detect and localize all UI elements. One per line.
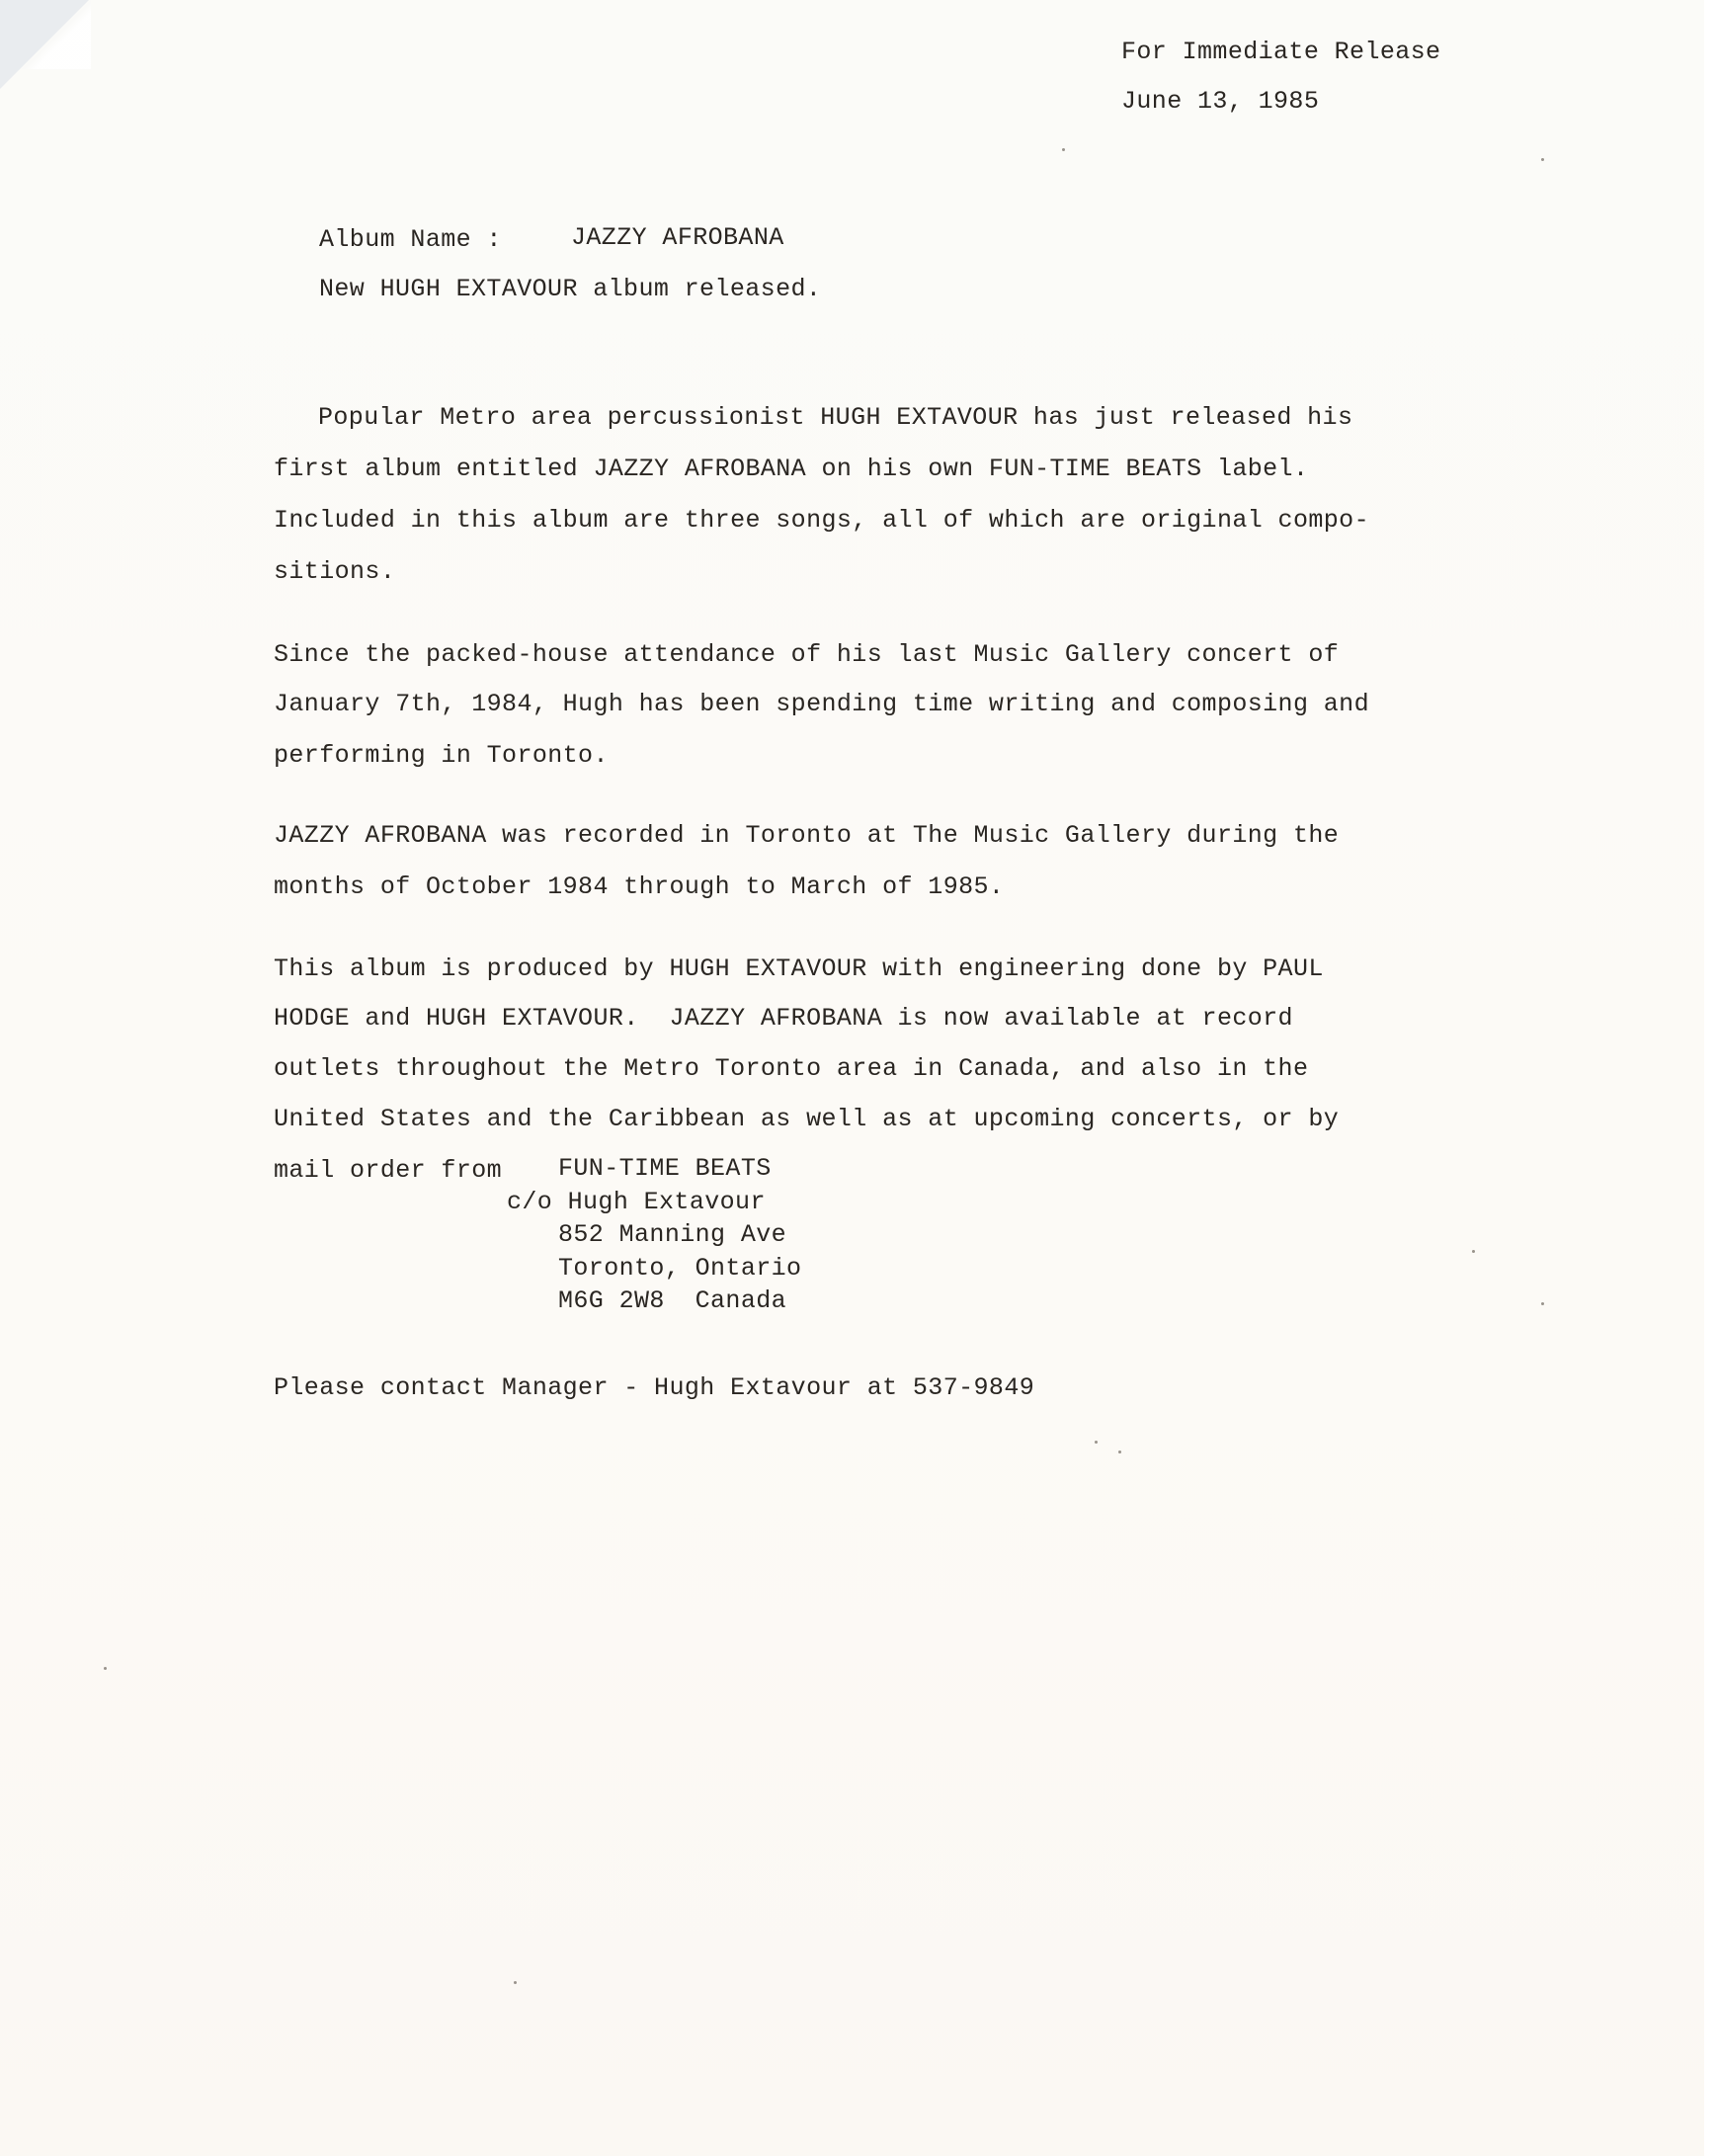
- paragraph-line: months of October 1984 through to March …: [274, 874, 1004, 899]
- paragraph-line: Popular Metro area percussionist HUGH EX…: [318, 405, 1352, 430]
- paper-speck: [1118, 1451, 1121, 1453]
- contact-line: Please contact Manager - Hugh Extavour a…: [274, 1375, 1034, 1400]
- paragraph-line: United States and the Caribbean as well …: [274, 1107, 1339, 1131]
- album-label: Album Name :: [319, 227, 502, 252]
- paragraph-line: outlets throughout the Metro Toronto are…: [274, 1056, 1308, 1081]
- paper-speck: [514, 1981, 517, 1984]
- paragraph-line: HODGE and HUGH EXTAVOUR. JAZZY AFROBANA …: [274, 1006, 1293, 1031]
- page-edge: [1704, 0, 1718, 2156]
- paper-speck: [1472, 1250, 1475, 1253]
- album-subtitle: New HUGH EXTAVOUR album released.: [319, 277, 821, 301]
- paper-speck: [1062, 148, 1065, 151]
- address-city: Toronto, Ontario: [558, 1256, 801, 1281]
- paragraph-line: sitions.: [274, 559, 395, 584]
- paragraph-line: performing in Toronto.: [274, 743, 609, 768]
- paper-speck: [1541, 158, 1544, 161]
- address-postal: M6G 2W8 Canada: [558, 1288, 786, 1313]
- paper-speck: [1541, 1302, 1544, 1305]
- paper-speck: [1095, 1441, 1098, 1444]
- paragraph-line: JAZZY AFROBANA was recorded in Toronto a…: [274, 823, 1339, 848]
- release-date: June 13, 1985: [1121, 89, 1319, 114]
- paragraph-line: first album entitled JAZZY AFROBANA on h…: [274, 456, 1308, 481]
- album-name: JAZZY AFROBANA: [571, 225, 784, 250]
- address-company: FUN-TIME BEATS: [558, 1156, 772, 1181]
- paragraph-line: Since the packed-house attendance of his…: [274, 642, 1339, 667]
- paragraph-line: mail order from: [274, 1158, 502, 1183]
- paragraph-line: Included in this album are three songs, …: [274, 508, 1369, 533]
- paragraph-line: This album is produced by HUGH EXTAVOUR …: [274, 956, 1324, 981]
- release-label: For Immediate Release: [1121, 40, 1440, 64]
- address-street: 852 Manning Ave: [558, 1222, 786, 1247]
- paragraph-line: January 7th, 1984, Hugh has been spendin…: [274, 692, 1369, 716]
- paper-speck: [104, 1667, 107, 1670]
- address-care-of: c/o Hugh Extavour: [507, 1190, 766, 1214]
